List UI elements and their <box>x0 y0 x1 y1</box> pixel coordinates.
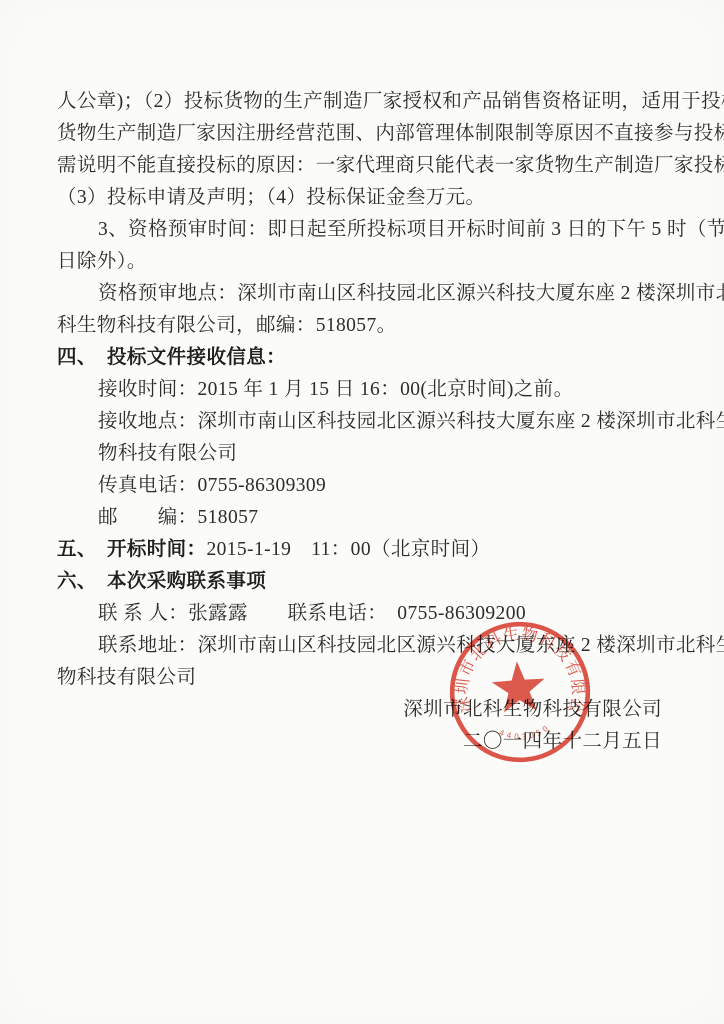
receive-place-line: 接收地点：深圳市南山区科技园北区源兴科技大厦东座 2 楼深圳市北科生 <box>57 406 666 438</box>
paragraph-line: 需说明不能直接投标的原因：一家代理商只能代表一家货物生产制造厂家投标； <box>57 150 666 182</box>
prequalification-place-wrap: 科生物科技有限公司，邮编：518057。 <box>57 310 666 342</box>
seal-serial-number: 4403050 <box>497 722 553 743</box>
seal-company-text: 深圳市北科生物科技有限公司 <box>441 612 588 726</box>
bid-opening-label: 五、 开标时间： <box>57 539 206 560</box>
paragraph-line: 货物生产制造厂家因注册经营范围、内部管理体制限制等原因不直接参与投标， <box>57 118 666 150</box>
receive-time-line: 接收时间：2015 年 1 月 15 日 16：00(北京时间)之前。 <box>57 374 666 406</box>
postcode-line: 邮 编：518057 <box>57 502 666 534</box>
bid-opening-time: 2015-1-19 11：00（北京时间） <box>206 539 490 560</box>
prequalification-time-wrap: 日除外）。 <box>57 246 666 278</box>
seal-serial-textpath: 4403050 <box>497 722 553 743</box>
section-heading-5: 五、 开标时间：2015-1-19 11：00（北京时间） <box>57 534 666 566</box>
paragraph-continuation-line: 人公章)；（2）投标货物的生产制造厂家授权和产品销售资格证明，适用于投标 <box>57 86 666 118</box>
paragraph-line: （3）投标申请及声明；（4）投标保证金叁万元。 <box>57 182 666 214</box>
prequalification-time-line: 3、资格预审时间：即日起至所投标项目开标时间前 3 日的下午 5 时（节假 <box>57 214 666 246</box>
seal-company-textpath: 深圳市北科生物科技有限公司 <box>441 612 588 726</box>
scanned-document-page: 人公章)；（2）投标货物的生产制造厂家授权和产品销售资格证明，适用于投标 货物生… <box>0 0 724 1024</box>
receive-place-wrap: 物科技有限公司 <box>57 438 666 470</box>
fax-number-line: 传真电话：0755-86309309 <box>57 470 666 502</box>
section-heading-6: 六、 本次采购联系事项 <box>57 566 666 598</box>
company-seal-stamp: 深圳市北科生物科技有限公司 4403050 <box>441 612 599 772</box>
section-heading-4: 四、 投标文件接收信息： <box>57 342 666 374</box>
seal-star-icon <box>490 659 546 713</box>
seal-graphic: 深圳市北科生物科技有限公司 4403050 <box>441 612 599 772</box>
prequalification-place-line: 资格预审地点：深圳市南山区科技园北区源兴科技大厦东座 2 楼深圳市北 <box>57 278 666 310</box>
